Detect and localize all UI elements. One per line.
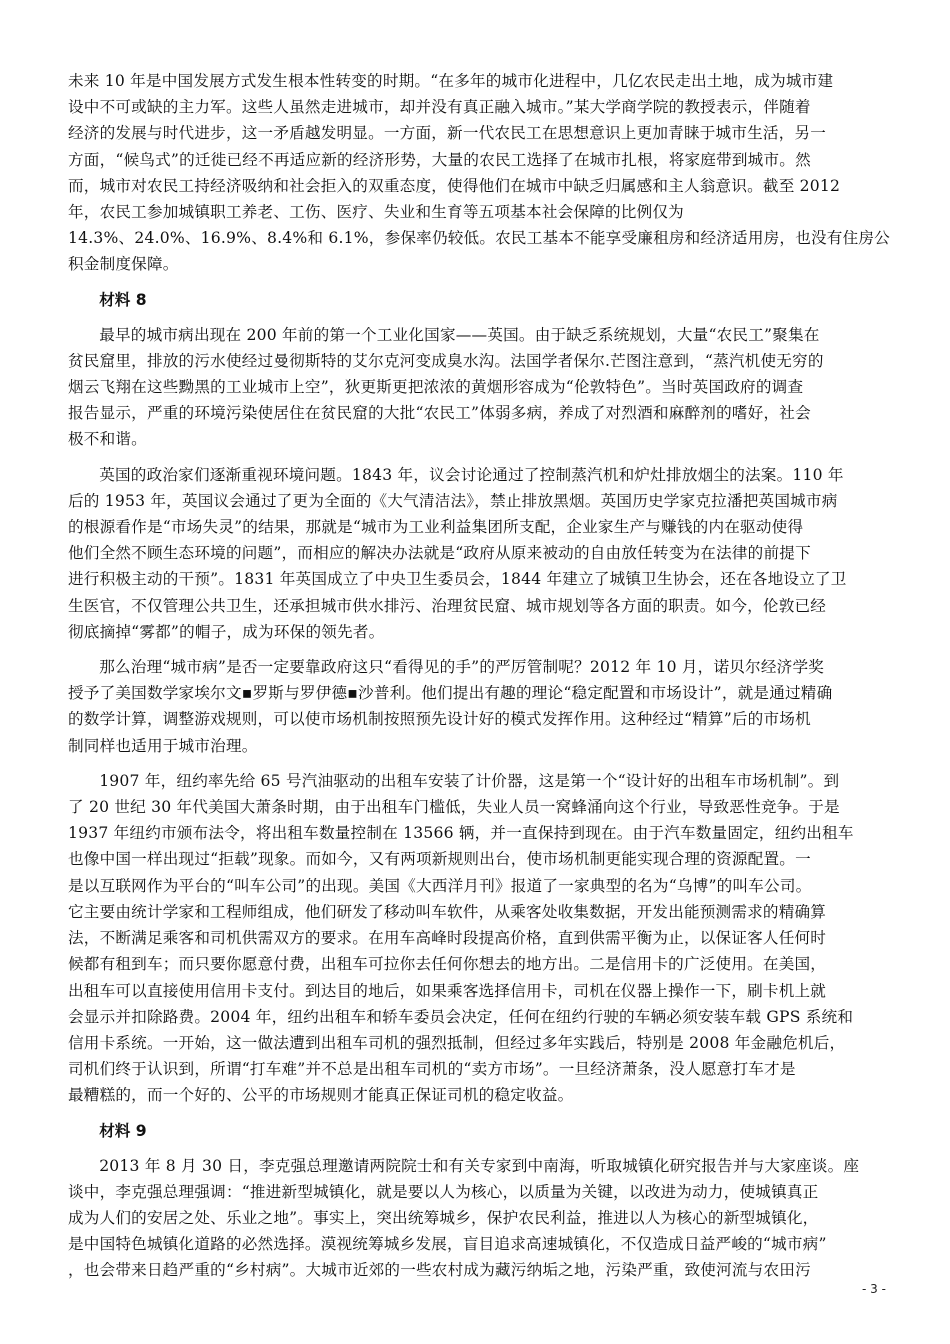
text-line: 他们全然不顾生态环境的问题”，而相应的解决办法就是“政府从原来被动的自由放任转变… xyxy=(68,540,876,566)
text-line: 授予了美国数学家埃尔文▪罗斯与罗伊德▪沙普利。他们提出有趣的理论“稳定配置和市场… xyxy=(68,680,876,706)
text-line: 会显示并扣除路费。2004 年，纽约出租车和轿车委员会决定，任何在纽约行驶的车辆… xyxy=(68,1004,876,1030)
text-line: 那么治理“城市病”是否一定要靠政府这只“看得见的手”的严厉管制呢？2012 年 … xyxy=(68,654,876,680)
text-line: 2013 年 8 月 30 日，李克强总理邀请两院院士和有关专家到中南海，听取城… xyxy=(68,1153,876,1179)
text-line: 设中不可或缺的主力军。这些人虽然走进城市，却并没有真正融入城市。”某大学商学院的… xyxy=(68,94,876,120)
text-line: 的数学计算，调整游戏规则，可以使市场机制按照预先设计好的模式发挥作用。这种经过“… xyxy=(68,706,876,732)
text-line: 是中国特色城镇化道路的必然选择。漠视统筹城乡发展，盲目追求高速城镇化，不仅造成日… xyxy=(68,1231,876,1257)
text-line: 它主要由统计学家和工程师组成，他们研发了移动叫车软件，从乘客处收集数据，开发出能… xyxy=(68,899,876,925)
text-line: 而，城市对农民工持经济吸纳和社会拒入的双重态度，使得他们在城市中缺乏归属感和主人… xyxy=(68,173,876,199)
section-heading-material-8: 材料 8 xyxy=(68,287,876,313)
text-line: 法，不断满足乘客和司机供需双方的要求。在用车高峰时段提高价格，直到供需平衡为止，… xyxy=(68,925,876,951)
paragraph-farmer-workers: 未来 10 年是中国发展方式发生根本性转变的时期。“在多年的城市化进程中，几亿农… xyxy=(68,68,876,278)
text-line: 14.3%、24.0%、16.9%、8.4%和 6.1%，参保率仍较低。农民工基… xyxy=(68,225,876,251)
text-line: 进行积极主动的干预”。1831 年英国成立了中央卫生委员会，1844 年建立了城… xyxy=(68,566,876,592)
text-line: 极不和谐。 xyxy=(68,426,876,452)
text-line: 最糟糕的，而一个好的、公平的市场规则才能真正保证司机的稳定收益。 xyxy=(68,1082,876,1108)
text-line: 报告显示，严重的环境污染使居住在贫民窟的大批“农民工”体弱多病，养成了对烈酒和麻… xyxy=(68,400,876,426)
text-line: 烟云飞翔在这些黝黑的工业城市上空”，狄更斯更把浓浓的黄烟形容成为“伦敦特色”。当… xyxy=(68,374,876,400)
text-line: 司机们终于认识到，所谓“打车难”并不总是出租车司机的“卖方市场”。一旦经济萧条，… xyxy=(68,1056,876,1082)
text-line: 贫民窟里，排放的污水使经过曼彻斯特的艾尔克河变成臭水沟。法国学者保尔.芒图注意到… xyxy=(68,348,876,374)
text-line: 彻底摘掉“雾都”的帽子，成为环保的领先者。 xyxy=(68,619,876,645)
section-heading-material-9: 材料 9 xyxy=(68,1118,876,1144)
text-line: 经济的发展与时代进步，这一矛盾越发明显。一方面，新一代农民工在思想意识上更加青睐… xyxy=(68,120,876,146)
page-number: - 3 - xyxy=(862,1282,886,1296)
text-line: 成为人们的安居之处、乐业之地”。事实上，突出统筹城乡，保护农民利益，推进以人为核… xyxy=(68,1205,876,1231)
text-line: 英国的政治家们逐渐重视环境问题。1843 年，议会讨论通过了控制蒸汽机和炉灶排放… xyxy=(68,462,876,488)
text-line: 谈中，李克强总理强调：“推进新型城镇化，就是要以人为核心，以质量为关键，以改进为… xyxy=(68,1179,876,1205)
text-line: 是以互联网作为平台的“叫车公司”的出现。美国《大西洋月刊》报道了一家典型的名为“… xyxy=(68,873,876,899)
text-line: 出租车可以直接使用信用卡支付。到达目的地后，如果乘客选择信用卡，司机在仪器上操作… xyxy=(68,978,876,1004)
text-line: 年，农民工参加城镇职工养老、工伤、医疗、失业和生育等五项基本社会保障的比例仅为 xyxy=(68,199,876,225)
text-line: 信用卡系统。一开始，这一做法遭到出租车司机的强烈抵制，但经过多年实践后，特别是 … xyxy=(68,1030,876,1056)
paragraph-new-york-taxi: 1907 年，纽约率先给 65 号汽油驱动的出租车安装了计价器，这是第一个“设计… xyxy=(68,768,876,1109)
paragraph-market-design: 那么治理“城市病”是否一定要靠政府这只“看得见的手”的严厉管制呢？2012 年 … xyxy=(68,654,876,759)
text-line: 也像中国一样出现过“拒载”现象。而如今，又有两项新规则出台，使市场机制更能实现合… xyxy=(68,846,876,872)
paragraph-new-urbanization: 2013 年 8 月 30 日，李克强总理邀请两院院士和有关专家到中南海，听取城… xyxy=(68,1153,876,1284)
text-line: 制同样也适用于城市治理。 xyxy=(68,733,876,759)
text-line: 方面，“候鸟式”的迁徙已经不再适应新的经济形势，大量的农民工选择了在城市扎根，将… xyxy=(68,147,876,173)
text-line: 生医官，不仅管理公共卫生，还承担城市供水排污、治理贫民窟、城市规划等各方面的职责… xyxy=(68,593,876,619)
paragraph-british-city-disease: 最早的城市病出现在 200 年前的第一个工业化国家——英国。由于缺乏系统规划，大… xyxy=(68,322,876,453)
text-line: 的根源看作是“市场失灵”的结果，那就是“城市为工业利益集团所支配，企业家生产与赚… xyxy=(68,514,876,540)
text-line: 1937 年纽约市颁布法令，将出租车数量控制在 13566 辆，并一直保持到现在… xyxy=(68,820,876,846)
text-line: 积金制度保障。 xyxy=(68,251,876,277)
document-page: 未来 10 年是中国发展方式发生根本性转变的时期。“在多年的城市化进程中，几亿农… xyxy=(68,68,876,1293)
text-line: 候都有租到车；而只要你愿意付费，出租车可拉你去任何你想去的地方出。二是信用卡的广… xyxy=(68,951,876,977)
text-line: 未来 10 年是中国发展方式发生根本性转变的时期。“在多年的城市化进程中，几亿农… xyxy=(68,68,876,94)
text-line: 最早的城市病出现在 200 年前的第一个工业化国家——英国。由于缺乏系统规划，大… xyxy=(68,322,876,348)
text-line: ，也会带来日趋严重的“乡村病”。大城市近郊的一些农村成为藏污纳垢之地，污染严重，… xyxy=(68,1257,876,1283)
text-line: 了 20 世纪 30 年代美国大萧条时期，由于出租车门槛低，失业人员一窝蜂涌向这… xyxy=(68,794,876,820)
paragraph-british-environment-policy: 英国的政治家们逐渐重视环境问题。1843 年，议会讨论通过了控制蒸汽机和炉灶排放… xyxy=(68,462,876,645)
text-line: 后的 1953 年，英国议会通过了更为全面的《大气清洁法》，禁止排放黑烟。英国历… xyxy=(68,488,876,514)
text-line: 1907 年，纽约率先给 65 号汽油驱动的出租车安装了计价器，这是第一个“设计… xyxy=(68,768,876,794)
